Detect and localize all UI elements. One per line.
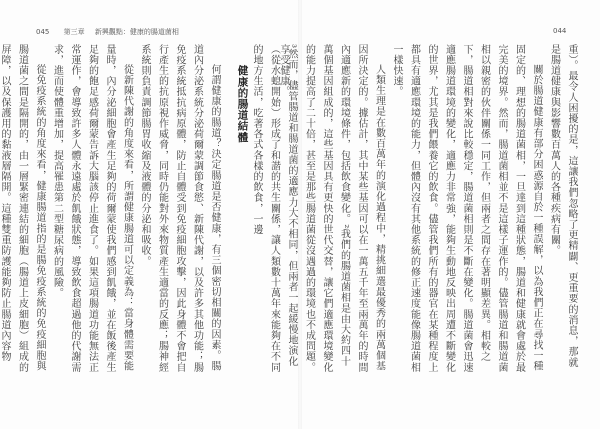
section-heading: 健康的腸道結體: [233, 44, 251, 374]
paragraph: 從新陳代謝的角度來看，所謂健康腸道可以定義為：當身體需要能量時，內分泌細胞會產生…: [48, 44, 136, 374]
right-page-number: 044: [553, 27, 566, 35]
left-page-body: 享受健康。 健康的腸道結體 何謂健康的腸道？決定腸道是否健康，有三個密切相關的因…: [20, 44, 292, 374]
paragraph: 何謂健康的腸道？決定腸道是否健康，有三個密切相關的因素。腸道內分泌系統分泌荷爾蒙…: [136, 44, 224, 374]
lead-in-text: 享受健康。: [275, 44, 293, 374]
paragraph: 關於腸道健康有部分困惑源自於一種誤解，以為我們正在尋找一種固定的、理想的腸道菌相…: [388, 44, 546, 374]
paragraph: 重）。最令人困擾的是，這讓我們忽略了更精闢、更重要的消息，那就是腸道健康與影響數…: [545, 44, 580, 374]
paragraph: 從免疫系統的角度來看，健康腸道指的是腸免疫系統的免疫細胞與腸道菌之間是隔開的，由…: [0, 44, 48, 374]
book-spread: 045 第三章 新興觀點：健康的腸道菌相 044 重）。最令人困擾的是，這讓我們…: [0, 0, 600, 429]
chapter-title: 新興觀點：健康的腸道菌相: [95, 28, 179, 36]
chapter-label: 第三章: [64, 28, 85, 36]
right-page-body: 重）。最令人困擾的是，這讓我們忽略了更精闢、更重要的消息，那就是腸道健康與影響數…: [318, 44, 580, 374]
left-page-number: 045: [36, 28, 49, 36]
running-header: 045 第三章 新興觀點：健康的腸道菌相: [36, 27, 179, 37]
